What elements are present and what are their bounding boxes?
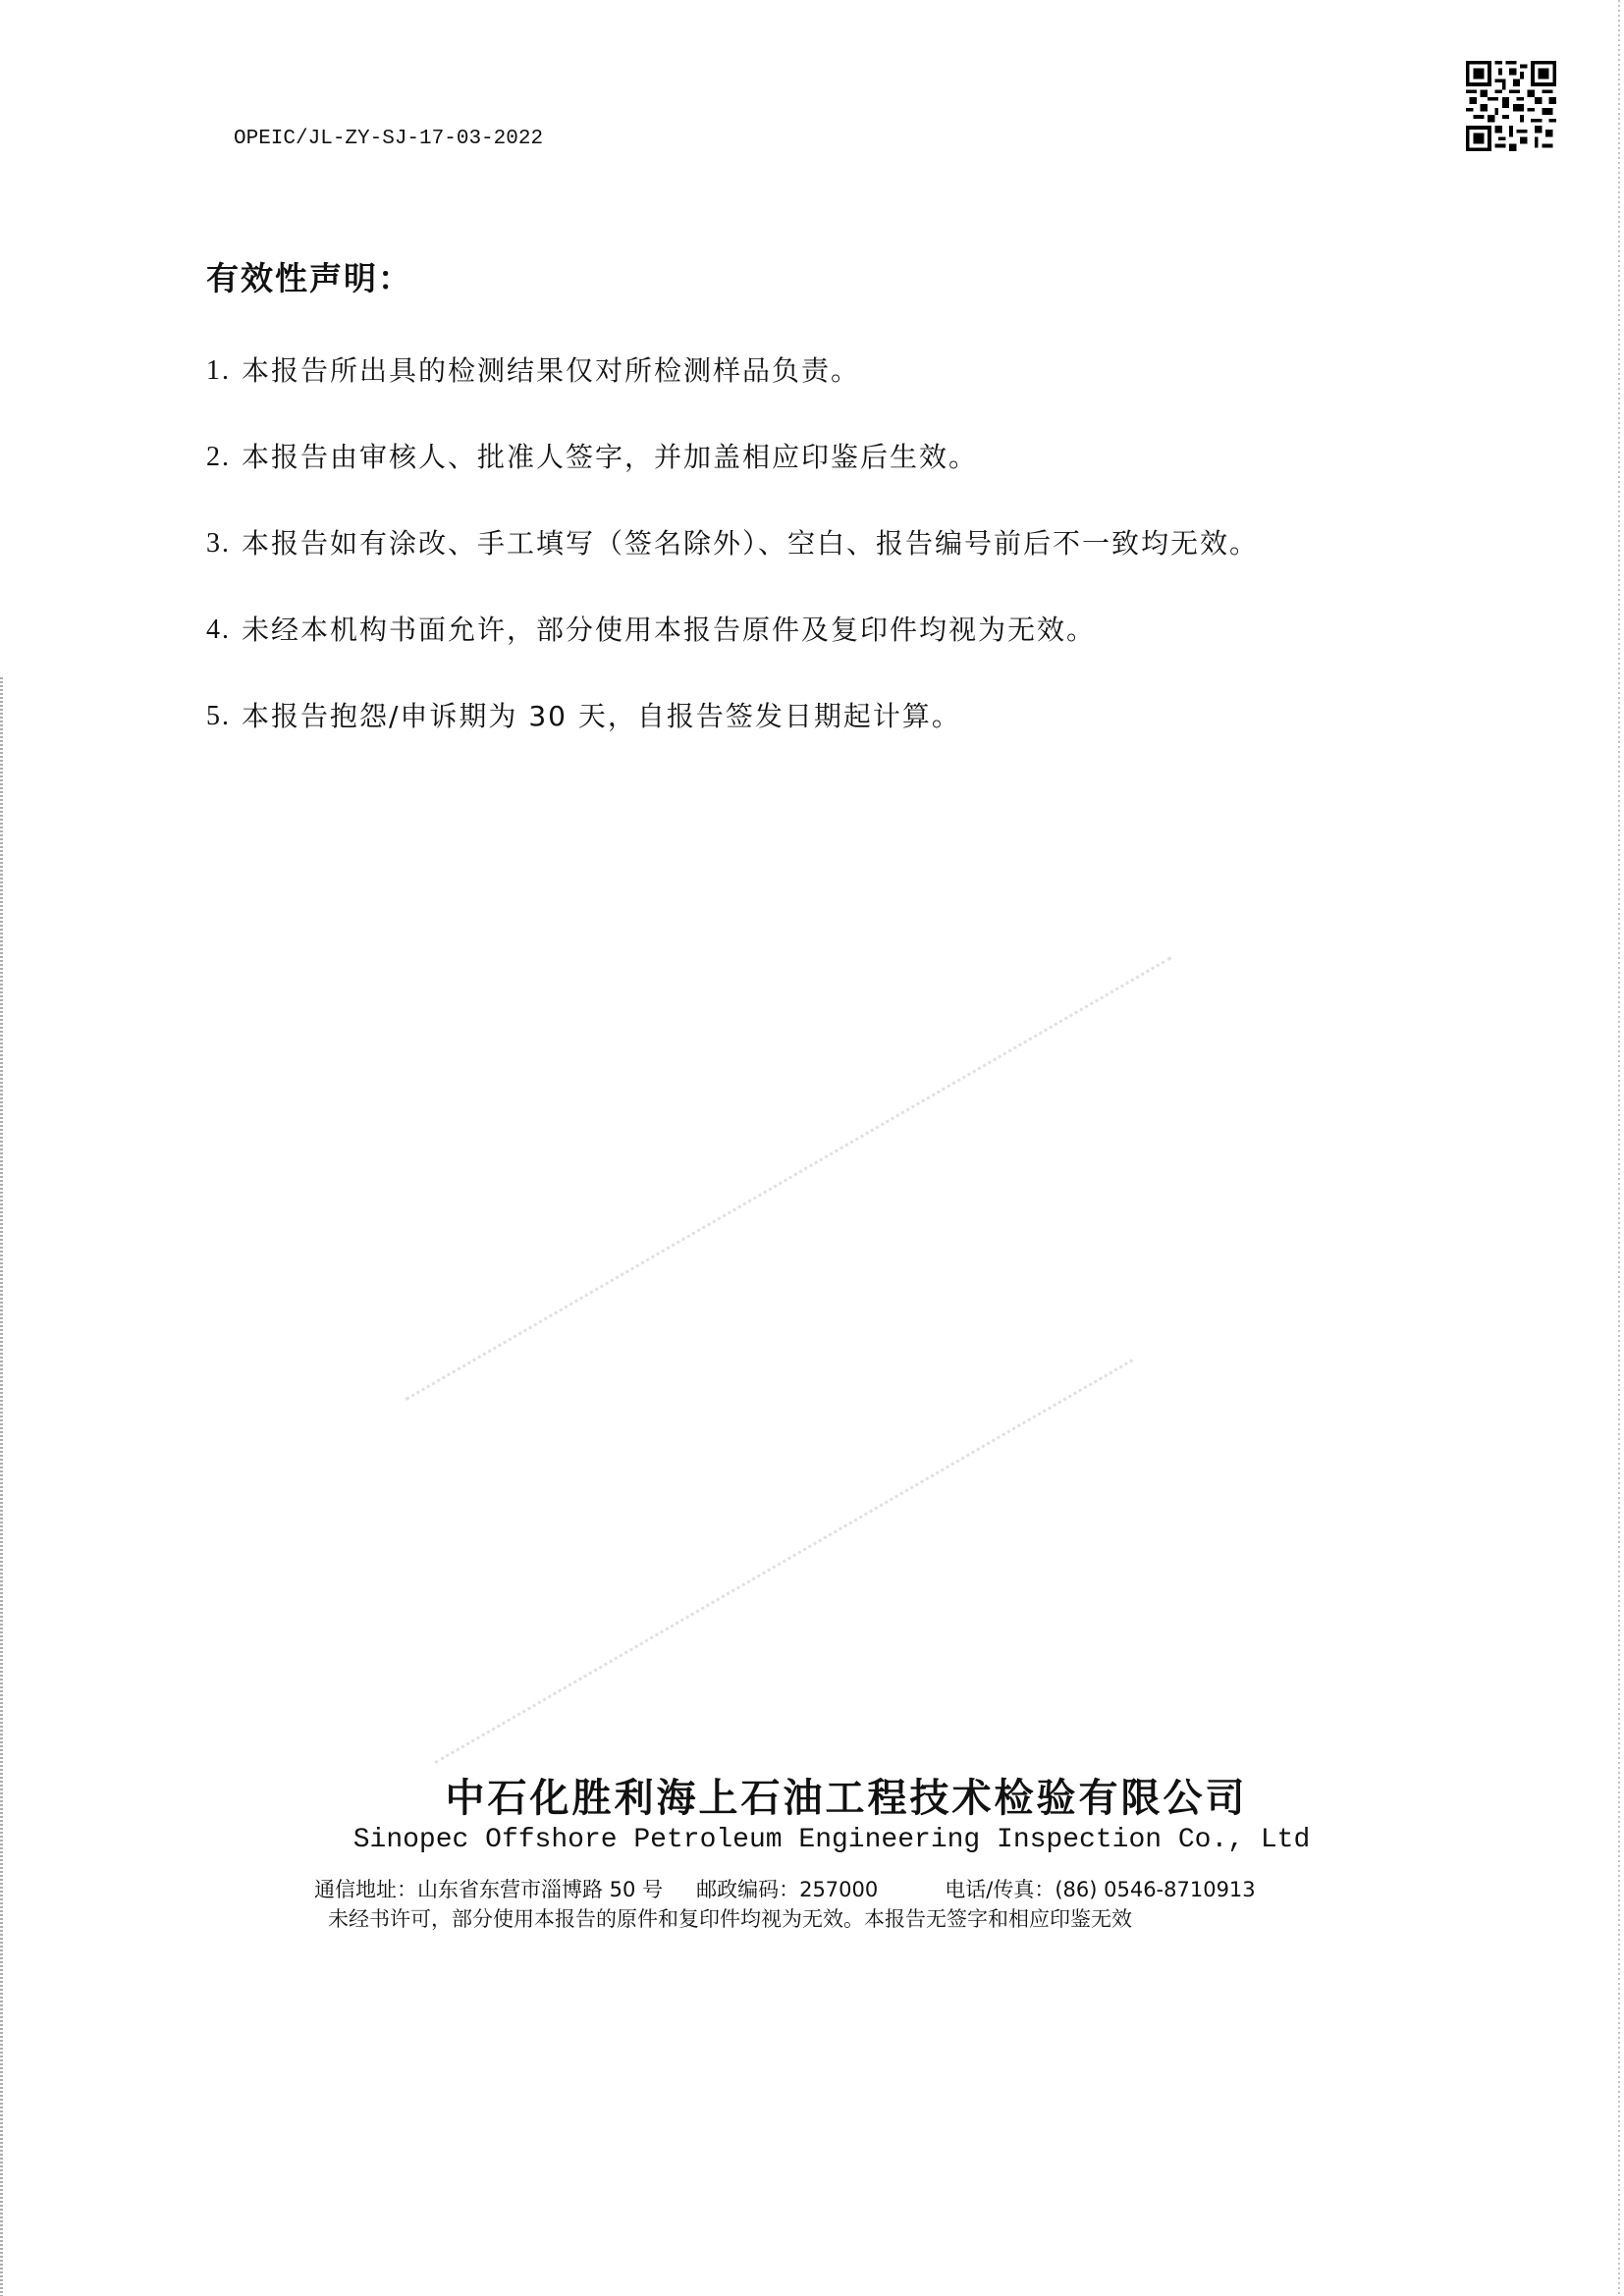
usage-notice-text: 未经书许可，部分使用本报告的原件和复印件均视为无效。本报告无签字和相应印鉴无效 <box>328 1904 1132 1934</box>
clause-text: 本报告抱怨/申诉期为 30 天，自报告签发日期起计算。 <box>242 697 961 736</box>
postcode-label: 邮政编码： <box>696 1875 799 1904</box>
watermark <box>422 1338 1139 1775</box>
contact-block: 通信地址： 山东省东营市淄博路 50 号 邮政编码： 257000 电话/传真：… <box>314 1875 1256 1934</box>
postcode-value: 257000 <box>799 1875 878 1904</box>
usage-notice: 未经书许可，部分使用本报告的原件和复印件均视为无效。本报告无签字和相应印鉴无效 <box>314 1904 1256 1934</box>
statement-clause: 5. 本报告抱怨/申诉期为 30 天，自报告签发日期起计算。 <box>206 697 1259 783</box>
phone-value: (86) 0546-8710913 <box>1055 1875 1255 1904</box>
clause-number: 5. <box>206 697 242 736</box>
qr-code-icon <box>1465 61 1557 151</box>
clause-text: 未经本机构书面允许，部分使用本报告原件及复印件均视为无效。 <box>242 611 1096 650</box>
clause-text: 本报告由审核人、批准人签字，并加盖相应印鉴后生效。 <box>242 438 978 477</box>
watermark <box>393 935 1177 1412</box>
clause-number: 1. <box>206 351 242 391</box>
company-name-cn: 中石化胜利海上石油工程技术检验有限公司 <box>69 1775 1624 1822</box>
address-value: 山东省东营市淄博路 50 号 <box>417 1875 663 1904</box>
statement-clause: 4. 未经本机构书面允许，部分使用本报告原件及复印件均视为无效。 <box>206 611 1259 697</box>
address-label: 通信地址： <box>314 1875 417 1904</box>
document-code: OPEIC/JL-ZY-SJ-17-03-2022 <box>234 128 543 150</box>
statement-clause: 1. 本报告所出具的检测结果仅对所检测样品负责。 <box>206 351 1259 438</box>
phone-label: 电话/传真： <box>945 1875 1055 1904</box>
statement-clause-list: 1. 本报告所出具的检测结果仅对所检测样品负责。 2. 本报告由审核人、批准人签… <box>206 351 1259 783</box>
scan-edge-right <box>1618 0 1620 2296</box>
clause-number: 3. <box>206 524 242 563</box>
company-footer: 中石化胜利海上石油工程技术检验有限公司 Sinopec Offshore Pet… <box>0 1775 1624 1857</box>
clause-text: 本报告所出具的检测结果仅对所检测样品负责。 <box>242 351 860 391</box>
scan-edge-left <box>0 677 3 2296</box>
statement-clause: 2. 本报告由审核人、批准人签字，并加盖相应印鉴后生效。 <box>206 438 1259 524</box>
statement-title: 有效性声明： <box>206 253 412 299</box>
statement-clause: 3. 本报告如有涂改、手工填写（签名除外）、空白、报告编号前后不一致均无效。 <box>206 524 1259 611</box>
clause-number: 4. <box>206 611 242 650</box>
clause-text: 本报告如有涂改、手工填写（签名除外）、空白、报告编号前后不一致均无效。 <box>242 524 1259 563</box>
contact-info-line: 通信地址： 山东省东营市淄博路 50 号 邮政编码： 257000 电话/传真：… <box>314 1875 1256 1904</box>
clause-number: 2. <box>206 438 242 477</box>
company-name-en: Sinopec Offshore Petroleum Engineering I… <box>39 1824 1624 1857</box>
